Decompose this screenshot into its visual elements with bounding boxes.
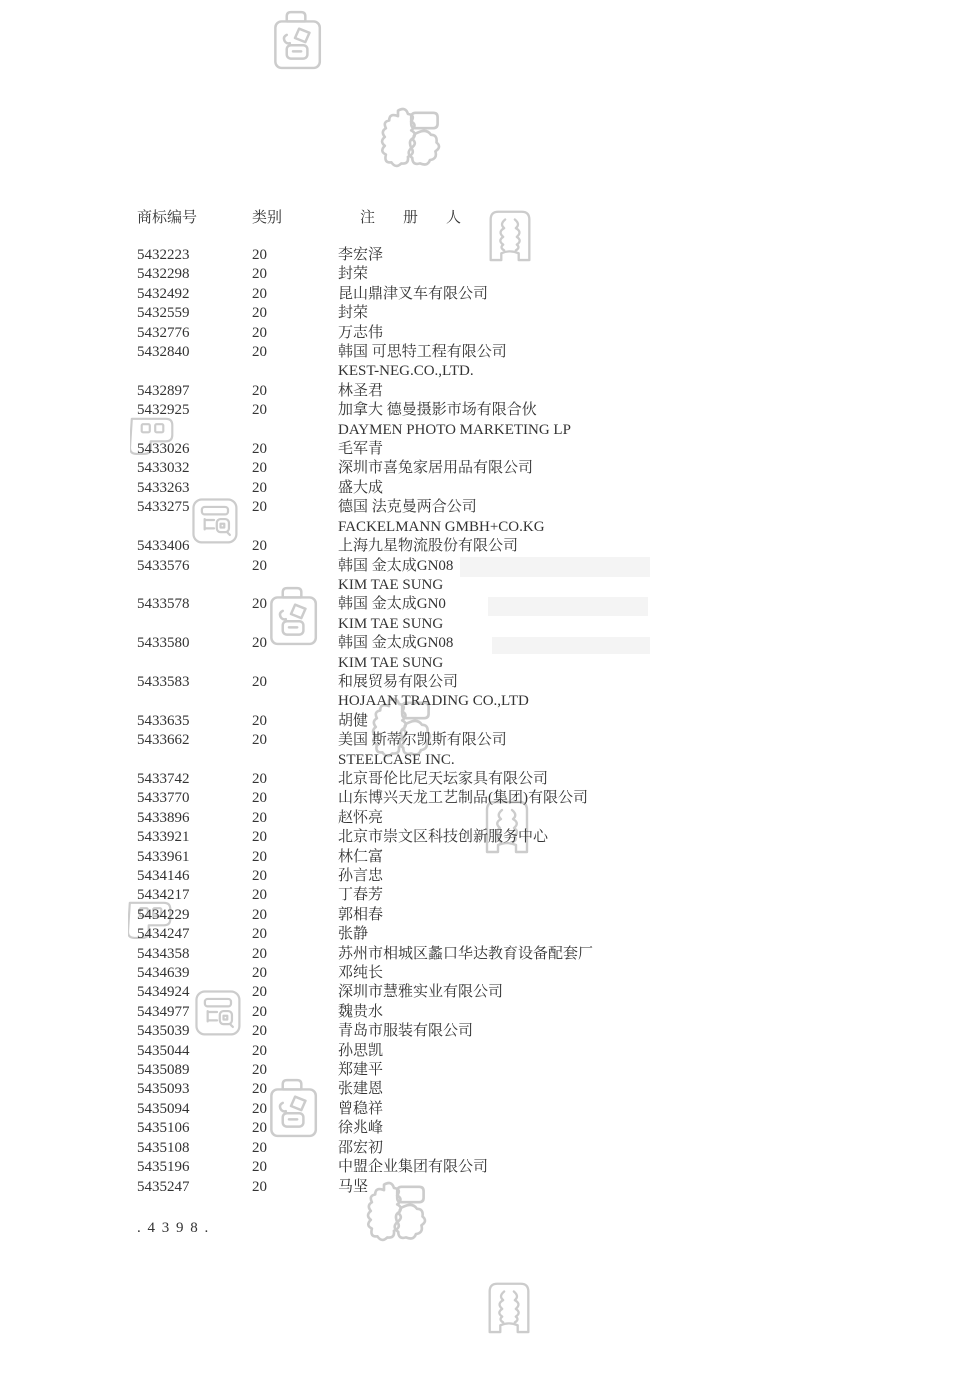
cell-registrant: 赵怀亮 [338,809,383,828]
registrant-line: 盛大成 [338,479,383,498]
cell-trademark-number: 5434146 [137,867,252,886]
cell-registrant: 郭相春 [338,906,383,925]
registrant-line: 深圳市慧雅实业有限公司 [338,983,503,1002]
registrant-line: 上海九星物流股份有限公司 [338,537,518,556]
col-header-registrant: 注册人 [338,209,489,228]
registrant-line: 徐兆峰 [338,1119,383,1138]
table-row: 543357620韩国 金太成GN08KIM TAE SUNG [137,557,947,596]
cell-class: 20 [252,983,338,1002]
cell-trademark-number: 5433032 [137,459,252,478]
registrant-line: FACKELMANN GMBH+CO.KG [338,518,545,537]
cell-class: 20 [252,828,338,847]
cell-trademark-number: 5435044 [137,1042,252,1061]
cell-trademark-number: 5433921 [137,828,252,847]
cell-registrant: 北京哥伦比尼天坛家具有限公司 [338,770,548,789]
table-row: 543509320张建恩 [137,1080,947,1099]
cell-registrant: 青岛市服装有限公司 [338,1022,473,1041]
document-page: 商标编号类别注册人 543222320李宏泽543229820封荣5432492… [0,0,980,1400]
registrant-line: 胡健 [338,712,368,731]
cell-trademark-number: 5434358 [137,945,252,964]
cell-registrant: 盛大成 [338,479,383,498]
cell-registrant: 封荣 [338,304,368,323]
cell-trademark-number: 5434229 [137,906,252,925]
registrant-line: 张静 [338,925,368,944]
cell-class: 20 [252,1139,338,1158]
cell-class: 20 [252,673,338,692]
cell-class: 20 [252,343,338,362]
cell-trademark-number: 5433742 [137,770,252,789]
cell-trademark-number: 5433896 [137,809,252,828]
cell-class: 20 [252,1178,338,1197]
registrant-line: KIM TAE SUNG [338,576,453,595]
cell-trademark-number: 5432559 [137,304,252,323]
table-row: 543524720马坚 [137,1178,947,1197]
cell-class: 20 [252,789,338,808]
cell-registrant: 中盟企业集团有限公司 [338,1158,488,1177]
registrant-line: 苏州市相城区蠡口华达教育设备配套厂 [338,945,593,964]
cell-class: 20 [252,1119,338,1138]
cell-trademark-number: 5434247 [137,925,252,944]
registrant-line: 林仁富 [338,848,383,867]
registrant-line: 韩国 金太成GN0 [338,595,446,614]
trademark-table: 543222320李宏泽543229820封荣543249220昆山鼎津叉车有限… [137,246,947,1197]
registrant-line: 德国 法克曼两合公司 [338,498,545,517]
registrant-line: 孙思凯 [338,1042,383,1061]
cell-class: 20 [252,964,338,983]
cell-class: 20 [252,324,338,343]
table-row: 543377020山东博兴天龙工艺制品(集团)有限公司 [137,789,947,808]
registrant-line: 郑建平 [338,1061,383,1080]
cell-trademark-number: 5435093 [137,1080,252,1099]
registrant-line: 魏贵水 [338,1003,383,1022]
cell-class: 20 [252,1003,338,1022]
registrant-line: 和展贸易有限公司 [338,673,529,692]
cell-trademark-number: 5433406 [137,537,252,556]
cell-class: 20 [252,479,338,498]
table-row: 543366220美国 斯蒂尔凯斯有限公司STEELCASE INC. [137,731,947,770]
table-row: 543302620毛军青 [137,440,947,459]
cell-class: 20 [252,537,338,556]
table-row: 543249220昆山鼎津叉车有限公司 [137,285,947,304]
cell-registrant: 韩国 金太成GN0KIM TAE SUNG [338,595,446,634]
cell-class: 20 [252,304,338,323]
registrant-line: 青岛市服装有限公司 [338,1022,473,1041]
cell-class: 20 [252,1080,338,1099]
cell-trademark-number: 5433275 [137,498,252,517]
page-number: . 4 3 9 8 . [137,1219,210,1238]
registrant-line: 邓纯长 [338,964,383,983]
cell-registrant: 德国 法克曼两合公司FACKELMANN GMBH+CO.KG [338,498,545,537]
table-row: 543392120北京市崇文区科技创新服务中心 [137,828,947,847]
cell-registrant: 和展贸易有限公司HOJAAN TRADING CO.,LTD [338,673,529,712]
cell-class: 20 [252,1158,338,1177]
registrant-line: 毛军青 [338,440,383,459]
cell-trademark-number: 5434217 [137,886,252,905]
table-row: 543326320盛大成 [137,479,947,498]
table-row: 543497720魏贵水 [137,1003,947,1022]
cell-trademark-number: 5432897 [137,382,252,401]
table-row: 543463920邓纯长 [137,964,947,983]
table-row: 543492420深圳市慧雅实业有限公司 [137,983,947,1002]
registrant-line: 封荣 [338,304,368,323]
registrant-line: 林圣君 [338,382,383,401]
cell-trademark-number: 5435089 [137,1061,252,1080]
registrant-line: 曾稳祥 [338,1100,383,1119]
cell-class: 20 [252,1042,338,1061]
cell-registrant: 美国 斯蒂尔凯斯有限公司STEELCASE INC. [338,731,507,770]
cell-class: 20 [252,382,338,401]
table-row: 543289720林圣君 [137,382,947,401]
cell-class: 20 [252,1061,338,1080]
cell-registrant: 加拿大 德曼摄影市场有限合伙DAYMEN PHOTO MARKETING LP [338,401,571,440]
cell-registrant: 北京市崇文区科技创新服务中心 [338,828,548,847]
cell-trademark-number: 5435106 [137,1119,252,1138]
cell-trademark-number: 5435039 [137,1022,252,1041]
table-row: 543503920青岛市服装有限公司 [137,1022,947,1041]
cell-class: 20 [252,557,338,576]
cell-trademark-number: 5435108 [137,1139,252,1158]
registrant-line: KEST-NEG.CO.,LTD. [338,362,507,381]
registrant-line: 赵怀亮 [338,809,383,828]
table-row: 543508920郑建平 [137,1061,947,1080]
cell-trademark-number: 5435094 [137,1100,252,1119]
cell-trademark-number: 5434977 [137,1003,252,1022]
cell-trademark-number: 5433026 [137,440,252,459]
registrant-line: DAYMEN PHOTO MARKETING LP [338,421,571,440]
registrant-line: 孙言忠 [338,867,383,886]
cell-registrant: 马坚 [338,1178,368,1197]
cell-trademark-number: 5433263 [137,479,252,498]
cell-trademark-number: 5435196 [137,1158,252,1177]
cell-class: 20 [252,498,338,517]
cell-trademark-number: 5432925 [137,401,252,420]
cell-registrant: 昆山鼎津叉车有限公司 [338,285,488,304]
cell-class: 20 [252,459,338,478]
watermark-biao-icon [376,104,442,170]
cell-registrant: 韩国 金太成GN08KIM TAE SUNG [338,557,453,596]
cell-registrant: 深圳市慧雅实业有限公司 [338,983,503,1002]
table-row: 543303220深圳市喜兔家居用品有限公司 [137,459,947,478]
cell-trademark-number: 5435247 [137,1178,252,1197]
cell-class: 20 [252,440,338,459]
cell-class: 20 [252,1100,338,1119]
registrant-line: 山东博兴天龙工艺制品(集团)有限公司 [338,789,588,808]
cell-registrant: 张建恩 [338,1080,383,1099]
cell-trademark-number: 5433580 [137,634,252,653]
cell-trademark-number: 5433635 [137,712,252,731]
registrant-line: 加拿大 德曼摄影市场有限合伙 [338,401,571,420]
cell-registrant: 胡健 [338,712,368,731]
registrant-line: 美国 斯蒂尔凯斯有限公司 [338,731,507,750]
table-row: 543277620万志伟 [137,324,947,343]
col-header-class: 类别 [252,209,338,228]
registrant-line: 张建恩 [338,1080,383,1099]
cell-trademark-number: 5434924 [137,983,252,1002]
cell-registrant: 封荣 [338,265,368,284]
registrant-line: 马坚 [338,1178,368,1197]
cell-trademark-number: 5432223 [137,246,252,265]
cell-registrant: 山东博兴天龙工艺制品(集团)有限公司 [338,789,588,808]
cell-class: 20 [252,848,338,867]
cell-trademark-number: 5433662 [137,731,252,750]
cell-class: 20 [252,906,338,925]
cell-class: 20 [252,265,338,284]
registrant-line: 郭相春 [338,906,383,925]
cell-trademark-number: 5433578 [137,595,252,614]
cell-registrant: 林圣君 [338,382,383,401]
cell-registrant: 魏贵水 [338,1003,383,1022]
watermark-wang-icon [480,1276,538,1334]
cell-class: 20 [252,285,338,304]
cell-class: 20 [252,731,338,750]
cell-class: 20 [252,1022,338,1041]
table-header-row: 商标编号类别注册人 [137,209,489,228]
registrant-line: STEELCASE INC. [338,751,507,770]
table-row: 543358020韩国 金太成GN08KIM TAE SUNG [137,634,947,673]
table-row: 543509420曾稳祥 [137,1100,947,1119]
cell-class: 20 [252,634,338,653]
table-row: 543424720张静 [137,925,947,944]
cell-registrant: 上海九星物流股份有限公司 [338,537,518,556]
table-row: 543229820封荣 [137,265,947,284]
table-row: 543357820韩国 金太成GN0KIM TAE SUNG [137,595,947,634]
registrant-line: HOJAAN TRADING CO.,LTD [338,692,529,711]
table-row: 543284020韩国 可思特工程有限公司KEST-NEG.CO.,LTD. [137,343,947,382]
cell-registrant: 深圳市喜兔家居用品有限公司 [338,459,533,478]
cell-registrant: 韩国 可思特工程有限公司KEST-NEG.CO.,LTD. [338,343,507,382]
cell-registrant: 郑建平 [338,1061,383,1080]
cell-registrant: 邓纯长 [338,964,383,983]
table-row: 543510820邵宏初 [137,1139,947,1158]
cell-trademark-number: 5432298 [137,265,252,284]
cell-registrant: 苏州市相城区蠡口华达教育设备配套厂 [338,945,593,964]
registrant-line: KIM TAE SUNG [338,615,446,634]
cell-class: 20 [252,770,338,789]
table-row: 543422920郭相春 [137,906,947,925]
table-row: 543363520胡健 [137,712,947,731]
cell-registrant: 毛军青 [338,440,383,459]
table-row: 543519620中盟企业集团有限公司 [137,1158,947,1177]
table-row: 543327520德国 法克曼两合公司FACKELMANN GMBH+CO.KG [137,498,947,537]
cell-registrant: 曾稳祥 [338,1100,383,1119]
cell-registrant: 韩国 金太成GN08KIM TAE SUNG [338,634,453,673]
registrant-line: 深圳市喜兔家居用品有限公司 [338,459,533,478]
registrant-line: 韩国 金太成GN08 [338,557,453,576]
registrant-line: KIM TAE SUNG [338,654,453,673]
cell-class: 20 [252,925,338,944]
registrant-line: 邵宏初 [338,1139,383,1158]
cell-registrant: 李宏泽 [338,246,383,265]
col-header-trademark-number: 商标编号 [137,209,252,228]
cell-class: 20 [252,886,338,905]
cell-trademark-number: 5433961 [137,848,252,867]
cell-class: 20 [252,945,338,964]
cell-class: 20 [252,809,338,828]
registrant-line: 韩国 金太成GN08 [338,634,453,653]
table-row: 543504420孙思凯 [137,1042,947,1061]
cell-class: 20 [252,712,338,731]
table-row: 543374220北京哥伦比尼天坛家具有限公司 [137,770,947,789]
cell-registrant: 万志伟 [338,324,383,343]
cell-registrant: 张静 [338,925,368,944]
registrant-line: 中盟企业集团有限公司 [338,1158,488,1177]
registrant-line: 韩国 可思特工程有限公司 [338,343,507,362]
cell-class: 20 [252,401,338,420]
cell-trademark-number: 5432776 [137,324,252,343]
table-row: 543396120林仁富 [137,848,947,867]
cell-registrant: 丁春芳 [338,886,383,905]
table-row: 543389620赵怀亮 [137,809,947,828]
table-row: 543222320李宏泽 [137,246,947,265]
table-row: 543435820苏州市相城区蠡口华达教育设备配套厂 [137,945,947,964]
cell-registrant: 孙言忠 [338,867,383,886]
cell-trademark-number: 5432492 [137,285,252,304]
registrant-line: 丁春芳 [338,886,383,905]
table-row: 543414620孙言忠 [137,867,947,886]
table-row: 543510620徐兆峰 [137,1119,947,1138]
watermark-shang-icon [264,8,326,70]
registrant-line: 万志伟 [338,324,383,343]
table-row: 543358320和展贸易有限公司HOJAAN TRADING CO.,LTD [137,673,947,712]
cell-trademark-number: 5433583 [137,673,252,692]
cell-trademark-number: 5433770 [137,789,252,808]
cell-registrant: 林仁富 [338,848,383,867]
table-row: 543340620上海九星物流股份有限公司 [137,537,947,556]
cell-trademark-number: 5433576 [137,557,252,576]
registrant-line: 北京哥伦比尼天坛家具有限公司 [338,770,548,789]
cell-trademark-number: 5432840 [137,343,252,362]
table-row: 543421720丁春芳 [137,886,947,905]
cell-registrant: 孙思凯 [338,1042,383,1061]
cell-class: 20 [252,246,338,265]
registrant-line: 封荣 [338,265,368,284]
table-row: 543292520加拿大 德曼摄影市场有限合伙DAYMEN PHOTO MARK… [137,401,947,440]
registrant-line: 北京市崇文区科技创新服务中心 [338,828,548,847]
cell-registrant: 邵宏初 [338,1139,383,1158]
cell-class: 20 [252,867,338,886]
table-row: 543255920封荣 [137,304,947,323]
cell-trademark-number: 5434639 [137,964,252,983]
cell-class: 20 [252,595,338,614]
registrant-line: 昆山鼎津叉车有限公司 [338,285,488,304]
cell-registrant: 徐兆峰 [338,1119,383,1138]
registrant-line: 李宏泽 [338,246,383,265]
